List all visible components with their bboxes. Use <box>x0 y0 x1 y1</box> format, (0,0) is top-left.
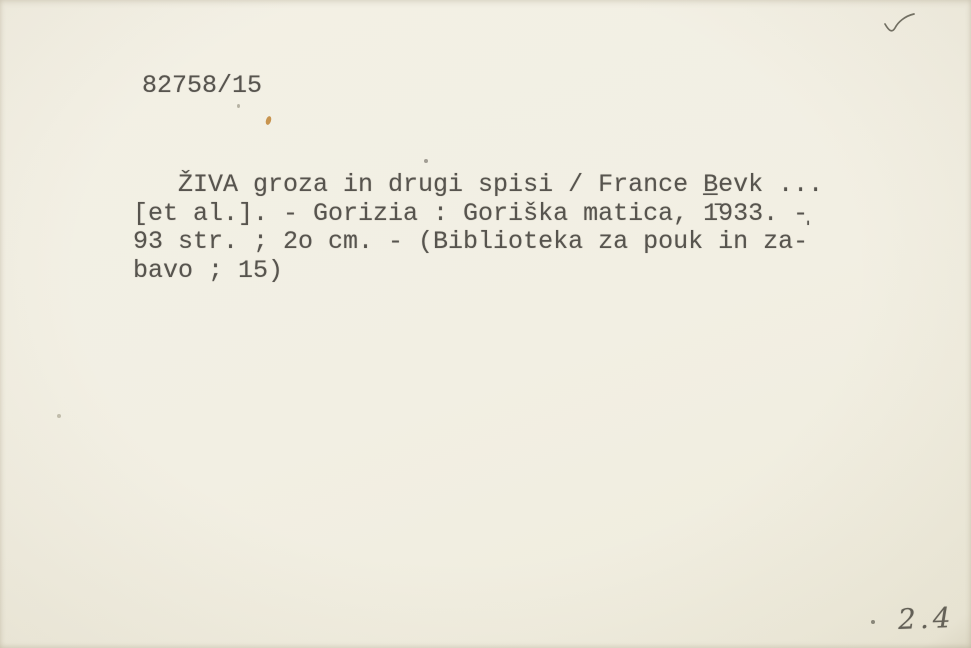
ink-speck-faint <box>237 104 240 108</box>
ink-speck-orange <box>265 115 273 125</box>
scanned-catalog-card-page: { "card": { "call_number": "82758/15", "… <box>0 0 971 648</box>
checkmark-pen-icon <box>882 12 918 42</box>
ink-speck-dot <box>424 159 428 163</box>
bib-line-publication: [et al.]. - Gorizia : Goriška matica, 1̄… <box>133 200 823 229</box>
catalog-card: 82758/15 ŽIVA groza in drugi spisi / Fra… <box>0 0 971 648</box>
handwritten-pencil-number: 2.4 <box>897 601 955 636</box>
bib-line-title-author: ŽIVA groza in drugi spisi / France B̲evk… <box>133 171 823 200</box>
bibliographic-entry: ŽIVA groza in drugi spisi / France B̲evk… <box>133 171 823 285</box>
bib-line-series-continued: bavo ; 15) <box>133 257 823 286</box>
call-number: 82758/15 <box>142 71 262 100</box>
bib-line-physical-series: 93 str. ; 2o cm. - (Biblioteka za pouk i… <box>133 228 823 257</box>
pencil-dot <box>871 620 875 624</box>
paper-speck <box>57 414 61 418</box>
